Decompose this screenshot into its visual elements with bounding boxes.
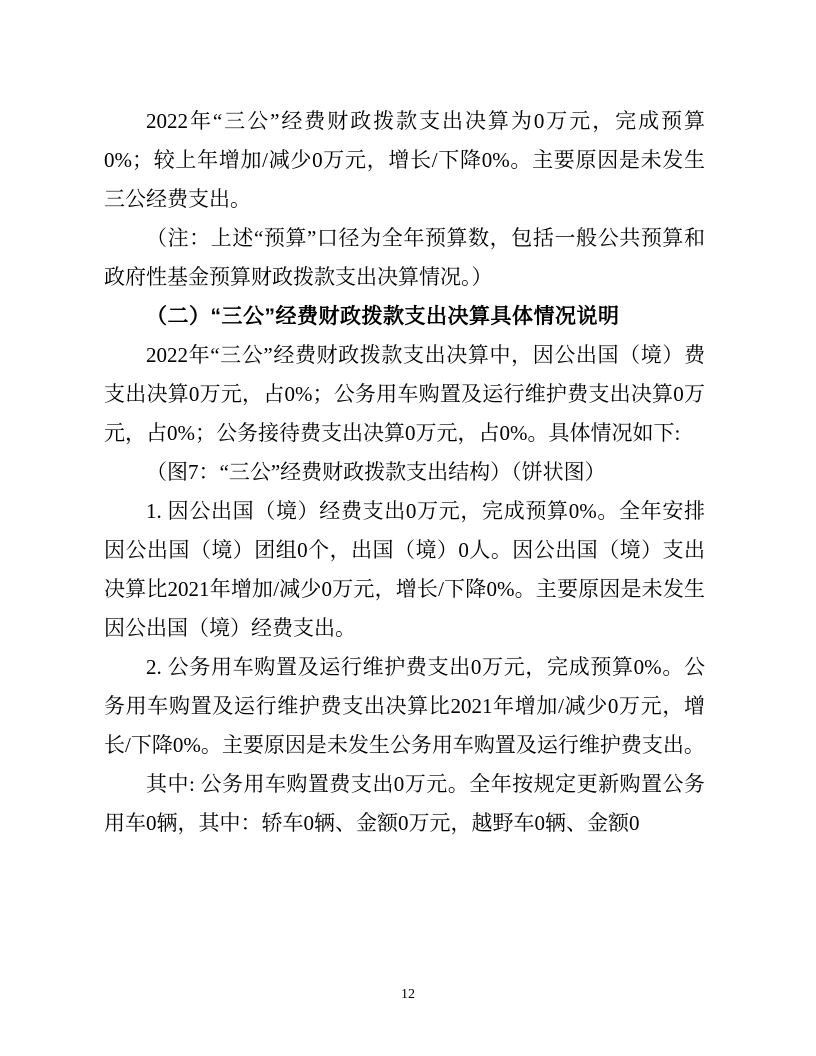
page-number: 12: [0, 986, 816, 1004]
document-page: 2022年“三公”经费财政拨款支出决算为0万元，完成预算0%；较上年增加/减少0…: [0, 0, 816, 1056]
page-content: 2022年“三公”经费财政拨款支出决算为0万元，完成预算0%；较上年增加/减少0…: [104, 102, 705, 843]
paragraph-budget-caliber-note: （注：上述“预算”口径为全年预算数，包括一般公共预算和政府性基金预算财政拨款支出…: [104, 219, 705, 297]
paragraph-vehicle-purchase-detail: 其中: 公务用车购置费支出0万元。全年按规定更新购置公务用车0辆，其中：轿车0辆…: [104, 765, 705, 843]
section-heading-three-public-detail: （二）“三公”经费财政拨款支出决算具体情况说明: [104, 297, 705, 336]
paragraph-three-public-summary: 2022年“三公”经费财政拨款支出决算为0万元，完成预算0%；较上年增加/减少0…: [104, 102, 705, 219]
paragraph-1-abroad-expense: 1. 因公出国（境）经费支出0万元，完成预算0%。全年安排因公出国（境）团组0个…: [104, 492, 705, 648]
figure7-caption: （图7：“三公”经费财政拨款支出结构）（饼状图）: [104, 453, 705, 492]
paragraph-2-vehicle-expense: 2. 公务用车购置及运行维护费支出0万元，完成预算0%。公务用车购置及运行维护费…: [104, 648, 705, 765]
paragraph-three-public-breakdown: 2022年“三公”经费财政拨款支出决算中，因公出国（境）费支出决算0万元，占0%…: [104, 336, 705, 453]
